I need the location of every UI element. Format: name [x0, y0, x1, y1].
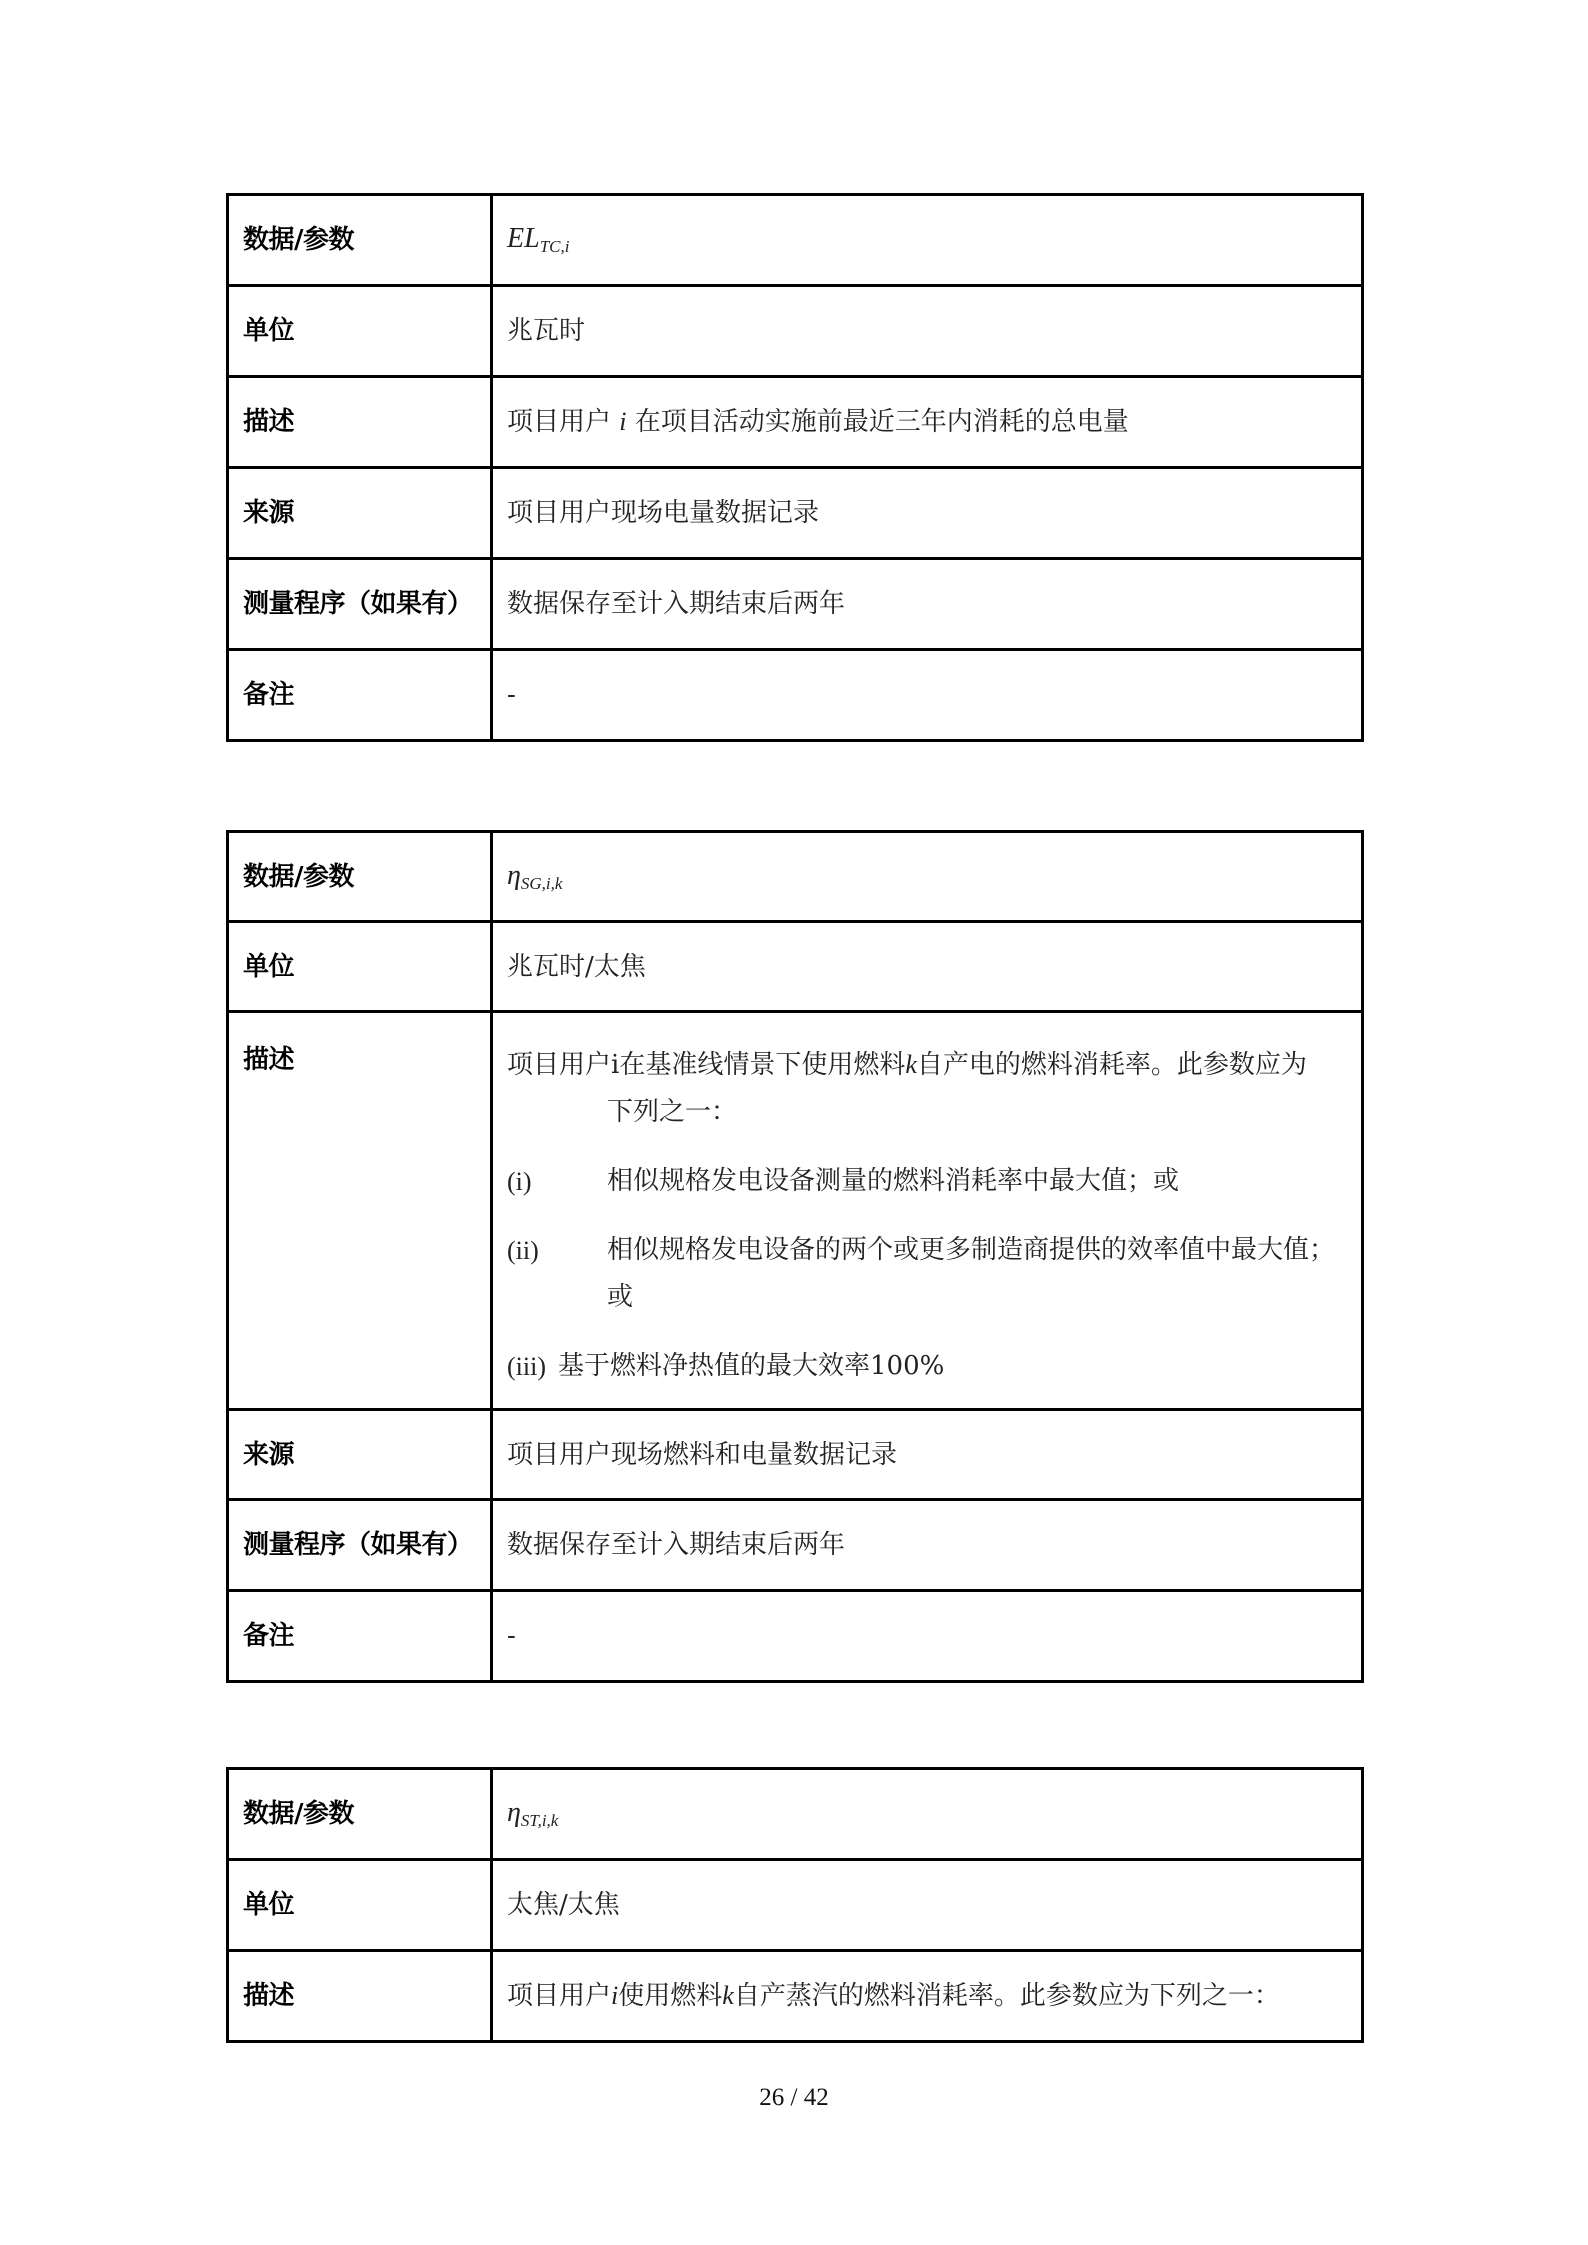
row-value: 项目用户现场电量数据记录 — [492, 468, 1363, 559]
list-item: (i) 相似规格发电设备测量的燃料消耗率中最大值；或 — [507, 1158, 1347, 1205]
table-row-param: 数据/参数 ηSG,i,k — [228, 832, 1363, 922]
row-label: 数据/参数 — [228, 195, 492, 286]
row-value-symbol: ηST,i,k — [492, 1769, 1363, 1860]
row-value-symbol: ELTC,i — [492, 195, 1363, 286]
table-row-remarks: 备注 - — [228, 1591, 1363, 1682]
list-number: (ii) — [507, 1227, 607, 1321]
table-row-param: 数据/参数 ηST,i,k — [228, 1769, 1363, 1860]
table-row-description: 描述 项目用户 i 在项目活动实施前最近三年内消耗的总电量 — [228, 377, 1363, 468]
row-label: 单位 — [228, 286, 492, 377]
table-row-description: 描述 项目用户i使用燃料k自产蒸汽的燃料消耗率。此参数应为下列之一： — [228, 1951, 1363, 2042]
row-value: 项目用户i使用燃料k自产蒸汽的燃料消耗率。此参数应为下列之一： — [492, 1951, 1363, 2042]
row-value: 项目用户 i 在项目活动实施前最近三年内消耗的总电量 — [492, 377, 1363, 468]
row-label: 测量程序（如果有） — [228, 559, 492, 650]
row-value-symbol: ηSG,i,k — [492, 832, 1363, 922]
parameter-table-eta-st: 数据/参数 ηST,i,k 单位 太焦/太焦 描述 项目用户i使用燃料k自产蒸汽… — [226, 1767, 1364, 2043]
table-row-source: 来源 项目用户现场电量数据记录 — [228, 468, 1363, 559]
table-row-procedure: 测量程序（如果有） 数据保存至计入期结束后两年 — [228, 559, 1363, 650]
row-value: 兆瓦时/太焦 — [492, 922, 1363, 1012]
row-label: 单位 — [228, 1860, 492, 1951]
table-row-unit: 单位 兆瓦时/太焦 — [228, 922, 1363, 1012]
table-row-procedure: 测量程序（如果有） 数据保存至计入期结束后两年 — [228, 1500, 1363, 1591]
list-number: (i) — [507, 1158, 607, 1205]
parameter-symbol: ELTC,i — [507, 223, 569, 254]
parameter-symbol: ηST,i,k — [507, 1797, 558, 1828]
row-label: 描述 — [228, 1012, 492, 1410]
table-row-description: 描述 项目用户i在基准线情景下使用燃料k自产电的燃料消耗率。此参数应为 下列之一… — [228, 1012, 1363, 1410]
list-text: 相似规格发电设备测量的燃料消耗率中最大值；或 — [607, 1158, 1347, 1205]
parameter-symbol: ηSG,i,k — [507, 860, 562, 891]
row-label: 数据/参数 — [228, 1769, 492, 1860]
row-label: 单位 — [228, 922, 492, 1012]
row-value: 数据保存至计入期结束后两年 — [492, 1500, 1363, 1591]
table-row-remarks: 备注 - — [228, 650, 1363, 741]
parameter-table-eta-sg: 数据/参数 ηSG,i,k 单位 兆瓦时/太焦 描述 项目用户i在基准线情景下使… — [226, 830, 1364, 1683]
description-block: 项目用户i在基准线情景下使用燃料k自产电的燃料消耗率。此参数应为 下列之一： (… — [507, 1013, 1347, 1408]
row-label: 来源 — [228, 1410, 492, 1500]
row-label: 备注 — [228, 1591, 492, 1682]
row-label: 来源 — [228, 468, 492, 559]
row-value: 太焦/太焦 — [492, 1860, 1363, 1951]
row-value: 项目用户现场燃料和电量数据记录 — [492, 1410, 1363, 1500]
row-label: 测量程序（如果有） — [228, 1500, 492, 1591]
row-value: 兆瓦时 — [492, 286, 1363, 377]
row-value: 数据保存至计入期结束后两年 — [492, 559, 1363, 650]
table-row-source: 来源 项目用户现场燃料和电量数据记录 — [228, 1410, 1363, 1500]
row-label: 数据/参数 — [228, 832, 492, 922]
row-value: - — [492, 1591, 1363, 1682]
list-text: 基于燃料净热值的最大效率100% — [558, 1343, 1347, 1390]
table-row-unit: 单位 太焦/太焦 — [228, 1860, 1363, 1951]
table-row-unit: 单位 兆瓦时 — [228, 286, 1363, 377]
page-number: 26 / 42 — [0, 2084, 1588, 2112]
description-intro: 项目用户i在基准线情景下使用燃料k自产电的燃料消耗率。此参数应为 — [507, 1041, 1347, 1089]
list-item: (iii) 基于燃料净热值的最大效率100% — [507, 1343, 1347, 1390]
list-item: (ii) 相似规格发电设备的两个或更多制造商提供的效率值中最大值；或 — [507, 1227, 1347, 1321]
row-label: 描述 — [228, 377, 492, 468]
row-value-description: 项目用户i在基准线情景下使用燃料k自产电的燃料消耗率。此参数应为 下列之一： (… — [492, 1012, 1363, 1410]
row-label: 备注 — [228, 650, 492, 741]
list-text: 相似规格发电设备的两个或更多制造商提供的效率值中最大值；或 — [607, 1227, 1347, 1321]
list-number: (iii) — [507, 1343, 546, 1390]
description-intro-continued: 下列之一： — [507, 1089, 1347, 1136]
row-label: 描述 — [228, 1951, 492, 2042]
parameter-table-el-tc: 数据/参数 ELTC,i 单位 兆瓦时 描述 项目用户 i 在项目活动实施前最近… — [226, 193, 1364, 742]
table-row-param: 数据/参数 ELTC,i — [228, 195, 1363, 286]
row-value: - — [492, 650, 1363, 741]
